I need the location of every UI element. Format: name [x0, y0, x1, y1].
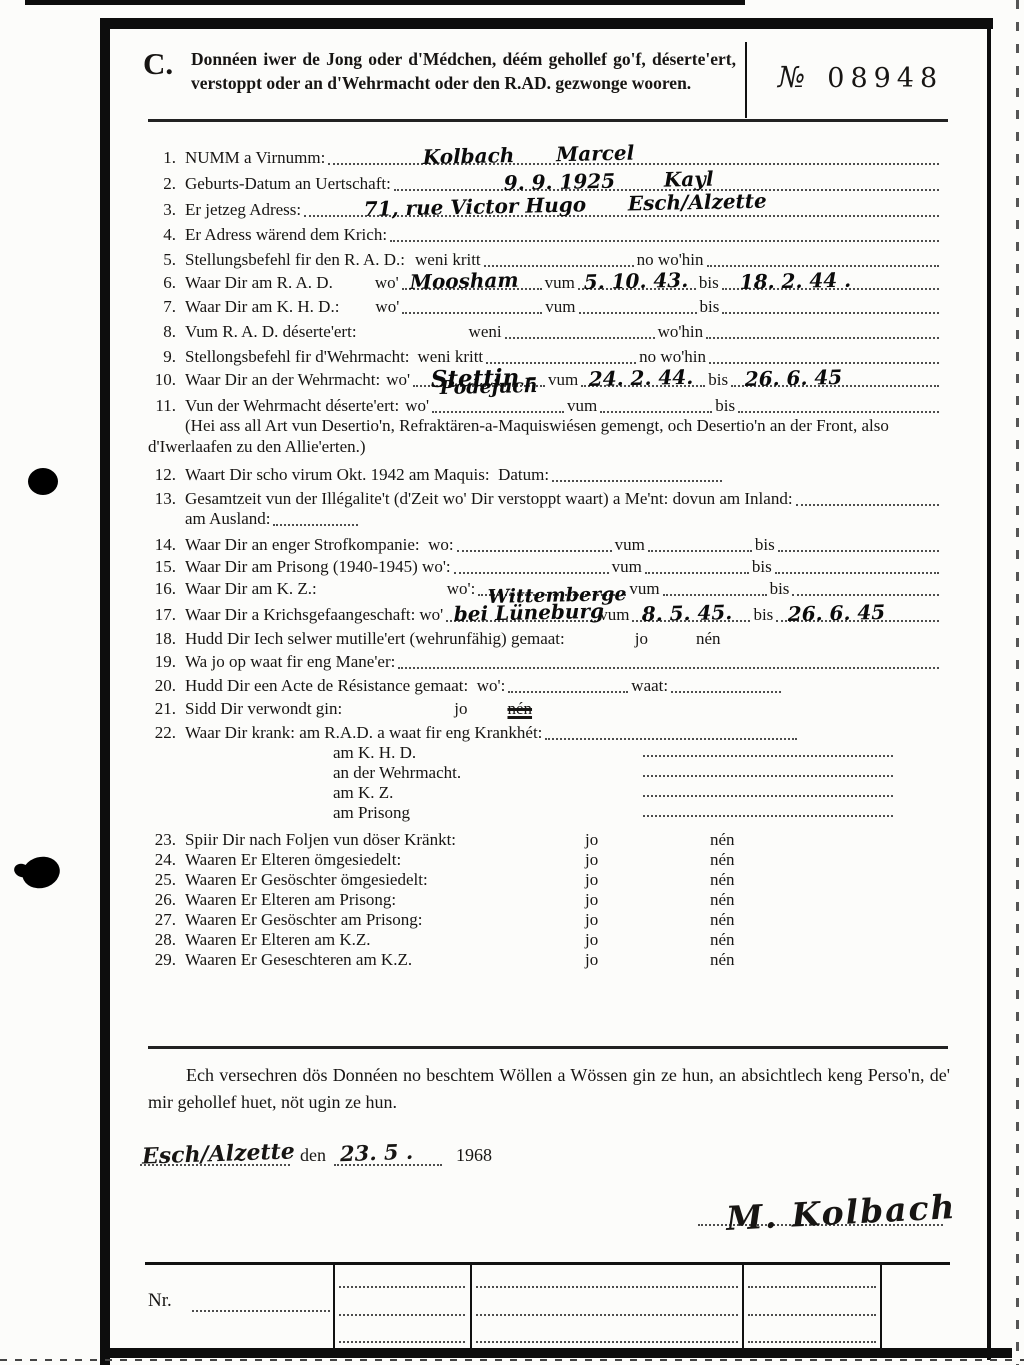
- table-dotted-line: [476, 1286, 738, 1288]
- jo-option: jo: [585, 870, 598, 890]
- field-line: [792, 581, 939, 596]
- item-label: Waaren Er Geseschteren am K.Z.: [185, 950, 412, 970]
- nen-option: nén: [710, 830, 735, 850]
- form-item-2: 2.Geburts-Datum an Uertschaft:9. 9. 1925…: [148, 174, 942, 193]
- form-item-15: 15.Waar Dir am Prisong (1940-1945) wo':v…: [148, 557, 942, 576]
- footer-table-divider: [880, 1262, 882, 1350]
- footer-table-divider: [333, 1262, 335, 1350]
- item-number: 3.: [148, 200, 185, 219]
- form-item-14: 14.Waar Dir an enger Strofkompanie: wo:v…: [148, 535, 942, 554]
- form-item-9: 9.Stellongsbefehl fir d'Wehrmacht:weni k…: [148, 347, 942, 366]
- nen-option: nén: [710, 930, 735, 950]
- item-number: 2.: [148, 174, 185, 193]
- footer-table-divider: [742, 1262, 744, 1350]
- field-line: Moosham: [402, 275, 542, 290]
- field-line: 18. 2. 44 .: [722, 275, 939, 290]
- serial-number-value: 08948: [827, 63, 943, 94]
- item-label: vum: [629, 579, 659, 598]
- form-item-12: 12.Waart Dir scho virum Okt. 1942 am Maq…: [148, 465, 942, 484]
- item-label: Waaren Er Elteren ömgesiedelt:: [185, 850, 401, 870]
- field-line: [552, 467, 722, 482]
- handwritten-entry: 71, rue Victor Hugo Esch/Alzette: [364, 192, 767, 219]
- item-label: wo': [375, 273, 399, 292]
- scan-edge-right: [1016, 0, 1019, 1365]
- item-label: Stellungsbefehl fir den R. A. D.:: [185, 250, 405, 269]
- field-line: [600, 398, 712, 413]
- form-item-28: 28.Waaren Er Elteren am K.Z.jonén: [148, 930, 942, 950]
- field-line: [722, 299, 939, 314]
- nen-option: nén: [696, 629, 721, 648]
- item-label: Hudd Dir Iech selwer mutille'ert (wehrun…: [185, 629, 565, 648]
- year-label: 1968: [456, 1145, 492, 1166]
- field-line: [738, 398, 939, 413]
- den-label: den: [300, 1145, 326, 1166]
- item-label: Stellongsbefehl fir d'Wehrmacht:: [185, 347, 410, 366]
- field-line: [579, 299, 697, 314]
- item-label: vum: [612, 557, 642, 576]
- place-field-line: Esch/Alzette: [140, 1150, 290, 1166]
- field-line: [709, 349, 939, 364]
- field-line: [545, 725, 797, 740]
- handwritten-entry: Kolbach Marcel: [423, 144, 635, 167]
- form-title: Donnéen iwer de Jong oder d'Médchen, déé…: [191, 47, 736, 95]
- item-label: Er jetzeg Adress:: [185, 200, 301, 219]
- form-border-bottom: [100, 1348, 1012, 1358]
- field-line: 26. 6. 45: [776, 607, 939, 622]
- form-item-5: 5.Stellungsbefehl fir den R. A. D.:weni …: [148, 250, 942, 269]
- scanned-form-page: C. Donnéen iwer de Jong oder d'Médchen, …: [0, 0, 1024, 1365]
- nen-option: nén: [710, 870, 735, 890]
- form-item-8: 8.Vum R. A. D. déserte'ert:weniwo'hin: [148, 322, 942, 341]
- nr-label: Nr.: [148, 1290, 172, 1312]
- item-label: Er Adress wärend dem Krich:: [185, 225, 387, 244]
- jo-option: jo: [585, 850, 598, 870]
- item-number: 22.: [148, 723, 185, 742]
- form-item-18: 18.Hudd Dir Iech selwer mutille'ert (weh…: [148, 629, 942, 648]
- handwritten-entry: 24. 2. 44.: [589, 368, 694, 389]
- field-line: [402, 299, 542, 314]
- jo-option: jo: [585, 890, 598, 910]
- item-label: Waar Dir a Krichsgefaangeschaft:: [185, 605, 415, 624]
- item-number: 20.: [148, 676, 185, 695]
- field-line: [645, 559, 749, 574]
- item-number: 17.: [148, 605, 185, 624]
- item-label: Waar Dir an enger Strofkompanie: wo:: [185, 535, 454, 554]
- handwritten-entry: Podejuch: [440, 377, 538, 398]
- field-line: [486, 349, 636, 364]
- item-label: no wo'hin: [637, 250, 704, 269]
- form-border-left: [100, 18, 110, 1365]
- date-field-line: 23. 5 .: [334, 1150, 442, 1166]
- form-item-3: 3.Er jetzeg Adress:71, rue Victor Hugo E…: [148, 200, 942, 219]
- header-divider: [745, 42, 747, 118]
- table-dotted-line: [339, 1286, 465, 1288]
- field-line: [484, 252, 634, 267]
- item-label: vum: [545, 297, 575, 316]
- handwritten-entry: 8. 5. 45.: [642, 603, 733, 624]
- form-item-7: 7.Waar Dir am K. H. D.:wo'vumbis: [148, 297, 942, 316]
- handwritten-entry: Moosham: [409, 271, 518, 292]
- field-line: [778, 537, 939, 552]
- item-label: Waar Dir am K. H. D.:: [185, 297, 339, 316]
- form-item-6: 6.Waar Dir am R. A. D.wo'Mooshamvum5. 10…: [148, 273, 942, 292]
- field-line: 8. 5. 45.: [632, 607, 750, 622]
- jo-option: jo: [585, 930, 598, 950]
- item-label: am K. H. D.: [333, 743, 416, 762]
- numero-symbol: №: [778, 60, 805, 94]
- item-number: 19.: [148, 652, 185, 671]
- item-label: Waar Dir am Prisong (1940-1945) wo':: [185, 557, 451, 576]
- table-dotted-line: [748, 1314, 876, 1316]
- handwritten-date: 23. 5 .: [340, 1139, 414, 1167]
- form-items: 1.NUMM a Virnumm:Kolbach Marcel2.Geburts…: [148, 136, 942, 970]
- item-label: am Prisong: [333, 803, 410, 822]
- form-border-top: [100, 18, 993, 29]
- field-line: [707, 252, 940, 267]
- jo-option: jo: [454, 699, 467, 718]
- field-line: 71, rue Victor Hugo Esch/Alzette: [304, 202, 939, 217]
- item-number: 13.: [148, 489, 185, 508]
- table-dotted-line: [748, 1341, 876, 1343]
- item-label: Waaren Er Elteren am K.Z.: [185, 930, 371, 950]
- form-item-17: 17.Waar Dir a Krichsgefaangeschaft:wo'be…: [148, 605, 942, 624]
- item-label: bis: [708, 370, 728, 389]
- item-label: Spiir Dir nach Foljen vun döser Kränkt:: [185, 830, 456, 850]
- item-label: bis: [752, 557, 772, 576]
- table-dotted-line: [476, 1341, 738, 1343]
- item-label: bis: [699, 273, 719, 292]
- item-label: wo': [419, 605, 443, 624]
- item-label: weni kritt: [418, 347, 484, 366]
- field-line: [643, 782, 893, 797]
- item-label: bis: [700, 297, 720, 316]
- jo-option: jo: [585, 910, 598, 930]
- footer-table-divider: [470, 1262, 472, 1350]
- item-label: Waar Dir an der Wehrmacht:: [185, 370, 380, 389]
- item-label: Vum R. A. D. déserte'ert:: [185, 322, 357, 341]
- item-number: 8.: [148, 322, 185, 341]
- item-number: 15.: [148, 557, 185, 576]
- form-item-22-sub: an der Wehrmacht.: [148, 763, 942, 782]
- nr-field-line: [192, 1310, 330, 1312]
- item-label: Waaren Er Gesöschter am Prisong:: [185, 910, 423, 930]
- item-label: wo': [386, 370, 410, 389]
- field-line: [508, 678, 628, 693]
- item-label: vum: [615, 535, 645, 554]
- field-line: [454, 559, 609, 574]
- form-item-23: 23.Spiir Dir nach Foljen vun döser Kränk…: [148, 830, 942, 850]
- declaration-paragraph: Ech versechren dös Donnéen no beschtem W…: [148, 1062, 950, 1116]
- field-line: [643, 742, 893, 757]
- nen-option: nén: [710, 910, 735, 930]
- field-line: [273, 511, 358, 526]
- form-item-22-sub: am Prisong: [148, 803, 942, 822]
- handwritten-entry: 26. 6. 45: [788, 603, 886, 624]
- field-line: 26. 6. 45: [731, 372, 939, 387]
- jo-option: jo: [635, 629, 648, 648]
- item-number: 29.: [148, 950, 185, 970]
- form-item-10: 10.Waar Dir an der Wehrmacht:wo'Stettin …: [148, 370, 942, 389]
- item-label: wo':: [447, 579, 476, 598]
- form-item-22-sub: am K. Z.: [148, 783, 942, 802]
- item-number: 21.: [148, 699, 185, 718]
- field-line: 24. 2. 44.: [581, 372, 705, 387]
- item-label: vum: [548, 370, 578, 389]
- form-item-21: 21.Sidd Dir verwondt gin:jonén: [148, 699, 942, 718]
- item-label: Waar Dir am R. A. D.: [185, 273, 333, 292]
- field-line: [796, 491, 939, 506]
- field-line: [648, 537, 752, 552]
- scan-edge-bottom: [0, 1359, 1024, 1361]
- signature-block: M. Kolbach: [698, 1172, 998, 1228]
- field-line: [457, 537, 612, 552]
- field-line: [643, 802, 893, 817]
- item-number: 5.: [148, 250, 185, 269]
- jo-option: jo: [585, 950, 598, 970]
- scan-edge-top: [25, 0, 745, 5]
- field-line: 5. 10. 43.: [578, 275, 696, 290]
- item-label: Waar Dir krank: am R.A.D. a waat fir eng…: [185, 723, 542, 742]
- item-label: wo'hin: [658, 322, 704, 341]
- field-line: [663, 581, 767, 596]
- item-label: no wo'hin: [639, 347, 706, 366]
- item-label: vum: [567, 396, 597, 415]
- item-label: Sidd Dir verwondt gin:: [185, 699, 342, 718]
- field-line: Podejuch: [432, 398, 564, 413]
- item-number: 4.: [148, 225, 185, 244]
- item-number: 27.: [148, 910, 185, 930]
- item-label: Vun der Wehrmacht déserte'ert:: [185, 396, 399, 415]
- footer-table-top-border: [145, 1262, 950, 1265]
- item-number: 7.: [148, 297, 185, 316]
- item-label: wo': [375, 297, 399, 316]
- item-number: 12.: [148, 465, 185, 484]
- form-item-25: 25.Waaren Er Gesöschter ömgesiedelt:joné…: [148, 870, 942, 890]
- form-item-22-sub: am K. H. D.: [148, 743, 942, 762]
- field-line: 9. 9. 1925 Kayl: [394, 176, 939, 191]
- table-dotted-line: [339, 1314, 465, 1316]
- nen-option: nén: [507, 699, 532, 718]
- form-item-1: 1.NUMM a Virnumm:Kolbach Marcel: [148, 148, 942, 167]
- field-line: [775, 559, 939, 574]
- item-label: Waart Dir scho virum Okt. 1942 am Maquis…: [185, 465, 549, 484]
- item-label: wo': [405, 396, 429, 415]
- field-line: [643, 762, 893, 777]
- field-line: bei LüneburgWittemberge: [446, 607, 596, 622]
- nen-option: nén: [710, 950, 735, 970]
- header-rule: [148, 119, 948, 122]
- item-label: Waar Dir am K. Z.:: [185, 579, 317, 598]
- field-line: [505, 324, 655, 339]
- field-line: [671, 678, 781, 693]
- field-line: Kolbach Marcel: [328, 150, 939, 165]
- form-border-right: [987, 28, 991, 1360]
- item-number: 18.: [148, 629, 185, 648]
- form-item-22: 22.Waar Dir krank: am R.A.D. a waat fir …: [148, 723, 942, 742]
- form-item-27: 27.Waaren Er Gesöschter am Prisong:jonén: [148, 910, 942, 930]
- form-item-24: 24.Waaren Er Elteren ömgesiedelt:jonén: [148, 850, 942, 870]
- handwritten-entry: Wittemberge: [488, 585, 627, 607]
- item-label: am K. Z.: [333, 783, 393, 802]
- item-number: 10.: [148, 370, 185, 389]
- table-dotted-line: [748, 1286, 876, 1288]
- section-letter: C.: [143, 46, 173, 82]
- handwritten-signature: M. Kolbach: [725, 1187, 957, 1238]
- item-label: Gesamtzeit vun der Illégalite't (d'Zeit …: [185, 489, 793, 508]
- item-number: 9.: [148, 347, 185, 366]
- form-item-continuation: am Ausland:: [148, 509, 942, 528]
- handwritten-place: Esch/Alzette: [142, 1138, 296, 1169]
- form-item-26: 26.Waaren Er Elteren am Prisong:jonén: [148, 890, 942, 910]
- nen-option: nén: [710, 890, 735, 910]
- item-number: 14.: [148, 535, 185, 554]
- form-item-4: 4.Er Adress wärend dem Krich:: [148, 225, 942, 244]
- handwritten-entry: 5. 10. 43.: [584, 271, 689, 292]
- item-label: weni kritt: [415, 250, 481, 269]
- table-dotted-line: [476, 1314, 738, 1316]
- nen-option: nén: [710, 850, 735, 870]
- form-item-19: 19.Wa jo op waat fir eng Mane'er:: [148, 652, 942, 671]
- jo-option: jo: [585, 830, 598, 850]
- item-label: NUMM a Virnumm:: [185, 148, 325, 167]
- item-label: bis: [753, 605, 773, 624]
- item-label: am Ausland:: [185, 509, 270, 528]
- form-item-29: 29.Waaren Er Geseschteren am K.Z.jonén: [148, 950, 942, 970]
- form-item-11: 11.Vun der Wehrmacht déserte'ert:wo'Pode…: [148, 396, 942, 415]
- item-label: vum: [545, 273, 575, 292]
- item-number: 25.: [148, 870, 185, 890]
- item-number: 11.: [148, 396, 185, 415]
- item-label: bis: [770, 579, 790, 598]
- item-number: 26.: [148, 890, 185, 910]
- section-separator-rule: [148, 1046, 948, 1049]
- item-label: an der Wehrmacht.: [333, 763, 461, 782]
- item-number: 28.: [148, 930, 185, 950]
- form-item-13: 13.Gesamtzeit vun der Illégalite't (d'Ze…: [148, 489, 942, 508]
- item-note: (Hei ass all Art vun Desertio'n, Refrakt…: [148, 415, 942, 457]
- item-label: bis: [755, 535, 775, 554]
- item-number: 1.: [148, 148, 185, 167]
- form-item-20: 20.Hudd Dir een Acte de Résistance gemaa…: [148, 676, 942, 695]
- item-label: Waaren Er Gesöschter ömgesiedelt:: [185, 870, 428, 890]
- hole-punch-mark-top: [28, 468, 58, 495]
- item-label: Geburts-Datum an Uertschaft:: [185, 174, 391, 193]
- item-label: Waaren Er Elteren am Prisong:: [185, 890, 396, 910]
- item-number: 16.: [148, 579, 185, 598]
- item-label: waat:: [631, 676, 668, 695]
- field-line: [390, 227, 939, 242]
- item-label: Wa jo op waat fir eng Mane'er:: [185, 652, 395, 671]
- item-label: bis: [715, 396, 735, 415]
- item-label: weni: [469, 322, 502, 341]
- date-and-place-line: Esch/Alzette den 23. 5 . 1968: [140, 1145, 492, 1166]
- field-line: [706, 324, 939, 339]
- item-number: 24.: [148, 850, 185, 870]
- field-line: [398, 654, 939, 669]
- item-number: 6.: [148, 273, 185, 292]
- table-dotted-line: [339, 1341, 465, 1343]
- item-number: 23.: [148, 830, 185, 850]
- handwritten-entry: 26. 6. 45: [745, 368, 843, 389]
- handwritten-entry: 18. 2. 44 .: [739, 271, 851, 292]
- item-label: Hudd Dir een Acte de Résistance gemaat: …: [185, 676, 505, 695]
- serial-number-block: № 08948: [768, 60, 953, 94]
